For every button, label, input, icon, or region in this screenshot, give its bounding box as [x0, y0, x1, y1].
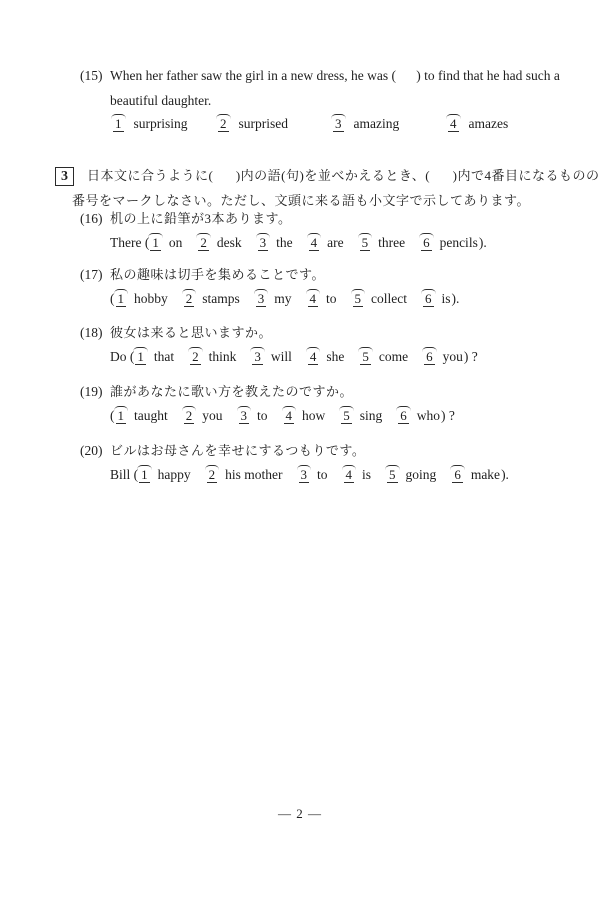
question-japanese-line: (20) ビルはお母さんを幸せにするつもりです。	[80, 442, 580, 459]
choice-number: 5	[340, 408, 353, 423]
choice-number: 2	[183, 408, 196, 423]
word-choice: 5come	[359, 348, 408, 365]
question-japanese: 彼女は来ると思いますか。	[110, 324, 272, 341]
choice-number: 2	[189, 349, 202, 364]
choice-number: 6	[422, 291, 435, 306]
instruction-text-line1: 日本文に合うように( )内の語(句)を並べかえるとき、( )内で4番目になるもの…	[87, 167, 599, 184]
question-number: (17)	[80, 266, 110, 283]
sentence-suffix: ) ?	[464, 348, 478, 365]
word-choice: 4she	[307, 348, 345, 365]
choice-number: 2	[217, 116, 230, 131]
choice-number: 4	[307, 291, 320, 306]
choice-word: pencils	[440, 234, 478, 251]
word-choice: 5three	[359, 234, 405, 251]
question-english-line: ( 1taught 2you 3to 4how 5sing 6who ) ?	[110, 407, 580, 424]
choice-word: she	[326, 348, 344, 365]
question-english-line: ( 1hobby 2stamps 3my 4to 5collect 6is ).	[110, 290, 580, 307]
question-japanese-line: (19) 誰があなたに歌い方を教えたのですか。	[80, 383, 580, 400]
choice-word: come	[379, 348, 408, 365]
word-choice: 6is	[422, 290, 451, 307]
choice-number: 2	[197, 235, 210, 250]
choice-word: to	[317, 466, 328, 483]
sentence-suffix: ).	[452, 290, 460, 307]
page-number: — 2 —	[0, 806, 600, 822]
choice-number: 1	[149, 235, 162, 250]
question-english-line: There ( 1on 2desk 3the 4are 5three 6penc…	[110, 234, 580, 251]
choice-word: that	[154, 348, 174, 365]
word-choice: 2desk	[197, 234, 241, 251]
choice-word: are	[327, 234, 343, 251]
choice-word: sing	[360, 407, 383, 424]
choice-word: who	[417, 407, 440, 424]
choice-number: 4	[283, 408, 296, 423]
word-choice: 1on	[149, 234, 182, 251]
question-number: (16)	[80, 210, 110, 227]
choice-number: 3	[257, 235, 270, 250]
choice-word: taught	[134, 407, 168, 424]
choice-word: to	[257, 407, 268, 424]
choice-word: happy	[158, 466, 191, 483]
choice-number: 1	[138, 467, 151, 482]
choice-number: 6	[397, 408, 410, 423]
question-number: (20)	[80, 442, 110, 459]
question-japanese-line: (16) 机の上に鉛筆が3本あります。	[80, 210, 580, 227]
word-choice: 6pencils	[420, 234, 478, 251]
word-choice: 3my	[255, 290, 292, 307]
question-number: (15)	[80, 67, 110, 84]
word-choice: 5sing	[340, 407, 382, 424]
choice-word: the	[276, 234, 293, 251]
choice-word: going	[406, 466, 437, 483]
choice-word: you	[202, 407, 222, 424]
question-20: (20) ビルはお母さんを幸せにするつもりです。 Bill ( 1happy 2…	[80, 442, 580, 483]
sentence-prefix: Do (	[110, 348, 134, 365]
choice-2: 2 surprised	[217, 115, 332, 132]
question-english-line: Do ( 1that 2think 3will 4she 5come 6you …	[110, 348, 580, 365]
question-text-line2: beautiful daughter.	[110, 92, 580, 109]
choice-number: 1	[115, 408, 128, 423]
choice-number: 3	[255, 291, 268, 306]
choice-1: 1 surprising	[112, 115, 217, 132]
word-choice: 1happy	[138, 466, 191, 483]
sentence-prefix: Bill (	[110, 466, 138, 483]
question-english-line: Bill ( 1happy 2his mother 3to 4is 5going…	[110, 466, 580, 483]
word-choice: 6you	[423, 348, 463, 365]
choice-word: think	[209, 348, 237, 365]
sentence-prefix: There (	[110, 234, 149, 251]
question-number: (19)	[80, 383, 110, 400]
question-number: (18)	[80, 324, 110, 341]
choice-number: 4	[343, 467, 356, 482]
word-choice: 3to	[298, 466, 328, 483]
choice-label: amazing	[354, 115, 400, 132]
word-choice: 2his mother	[206, 466, 283, 483]
choice-word: three	[378, 234, 405, 251]
section-3-instruction-line1: 3 日本文に合うように( )内の語(句)を並べかえるとき、( )内で4番目になる…	[55, 167, 575, 186]
word-choice: 4to	[307, 290, 337, 307]
choice-word: how	[302, 407, 325, 424]
word-choice: 4is	[343, 466, 372, 483]
section-3-header: 3 日本文に合うように( )内の語(句)を並べかえるとき、( )内で4番目になる…	[55, 167, 575, 209]
choice-word: to	[326, 290, 337, 307]
word-choice: 4how	[283, 407, 326, 424]
choice-word: is	[442, 290, 451, 307]
choice-number: 3	[238, 408, 251, 423]
choice-number: 3	[298, 467, 311, 482]
choice-word: on	[169, 234, 183, 251]
question-text-line1: When her father saw the girl in a new dr…	[110, 67, 560, 84]
choice-number: 6	[451, 467, 464, 482]
word-choice: 1hobby	[115, 290, 168, 307]
choice-number: 1	[134, 349, 147, 364]
choice-number: 4	[308, 235, 321, 250]
choice-number: 5	[359, 235, 372, 250]
question-15-line1: (15) When her father saw the girl in a n…	[80, 67, 580, 84]
choice-number: 5	[386, 467, 399, 482]
sentence-suffix: ) ?	[441, 407, 455, 424]
word-choice: 3the	[257, 234, 293, 251]
choice-number: 1	[115, 291, 128, 306]
choice-number: 2	[206, 467, 219, 482]
word-choice: 3will	[251, 348, 292, 365]
choice-number: 1	[112, 116, 125, 131]
choice-number: 5	[359, 349, 372, 364]
choice-word: hobby	[134, 290, 168, 307]
choice-label: amazes	[469, 115, 509, 132]
question-16: (16) 机の上に鉛筆が3本あります。 There ( 1on 2desk 3t…	[80, 210, 580, 251]
question-japanese: 机の上に鉛筆が3本あります。	[110, 210, 291, 227]
choice-word: his mother	[225, 466, 282, 483]
word-choice: 5collect	[352, 290, 407, 307]
choice-number: 5	[352, 291, 365, 306]
word-choice: 2you	[183, 407, 223, 424]
question-18: (18) 彼女は来ると思いますか。 Do ( 1that 2think 3wil…	[80, 324, 580, 365]
sentence-suffix: ).	[479, 234, 487, 251]
choice-4: 4 amazes	[447, 115, 508, 132]
choice-number: 6	[423, 349, 436, 364]
choice-word: desk	[217, 234, 242, 251]
question-19: (19) 誰があなたに歌い方を教えたのですか。 ( 1taught 2you 3…	[80, 383, 580, 424]
word-choice: 4are	[308, 234, 344, 251]
sentence-suffix: ).	[501, 466, 509, 483]
question-japanese: ビルはお母さんを幸せにするつもりです。	[110, 442, 365, 459]
choice-word: my	[274, 290, 291, 307]
answer-choices: 1 surprising 2 surprised 3 amazing 4 ama…	[112, 115, 580, 132]
choice-word: you	[443, 348, 463, 365]
question-japanese-line: (17) 私の趣味は切手を集めることです。	[80, 266, 580, 283]
choice-word: will	[271, 348, 292, 365]
word-choice: 6who	[397, 407, 440, 424]
word-choice: 3to	[238, 407, 268, 424]
choice-word: make	[471, 466, 500, 483]
word-choice: 6make	[451, 466, 500, 483]
choice-label: surprising	[134, 115, 188, 132]
question-15: (15) When her father saw the girl in a n…	[80, 67, 580, 132]
word-choice: 1that	[134, 348, 174, 365]
question-17: (17) 私の趣味は切手を集めることです。 ( 1hobby 2stamps 3…	[80, 266, 580, 307]
question-japanese-line: (18) 彼女は来ると思いますか。	[80, 324, 580, 341]
instruction-text-line2: 番号をマークしなさい。ただし、文頭に来る語も小文字で示してあります。	[72, 192, 575, 209]
choice-number: 4	[307, 349, 320, 364]
choice-number: 6	[420, 235, 433, 250]
word-choice: 1taught	[115, 407, 168, 424]
question-japanese: 私の趣味は切手を集めることです。	[110, 266, 325, 283]
choice-number: 2	[183, 291, 196, 306]
choice-label: surprised	[239, 115, 289, 132]
choice-number: 4	[447, 116, 460, 131]
question-japanese: 誰があなたに歌い方を教えたのですか。	[110, 383, 353, 400]
choice-number: 3	[251, 349, 264, 364]
choice-word: collect	[371, 290, 407, 307]
word-choice: 5going	[386, 466, 436, 483]
choice-3: 3 amazing	[332, 115, 447, 132]
exam-page: (15) When her father saw the girl in a n…	[0, 0, 600, 900]
choice-word: is	[362, 466, 371, 483]
section-number-box: 3	[55, 167, 74, 186]
choice-word: stamps	[202, 290, 240, 307]
choice-number: 3	[332, 116, 345, 131]
word-choice: 2think	[189, 348, 236, 365]
word-choice: 2stamps	[183, 290, 240, 307]
